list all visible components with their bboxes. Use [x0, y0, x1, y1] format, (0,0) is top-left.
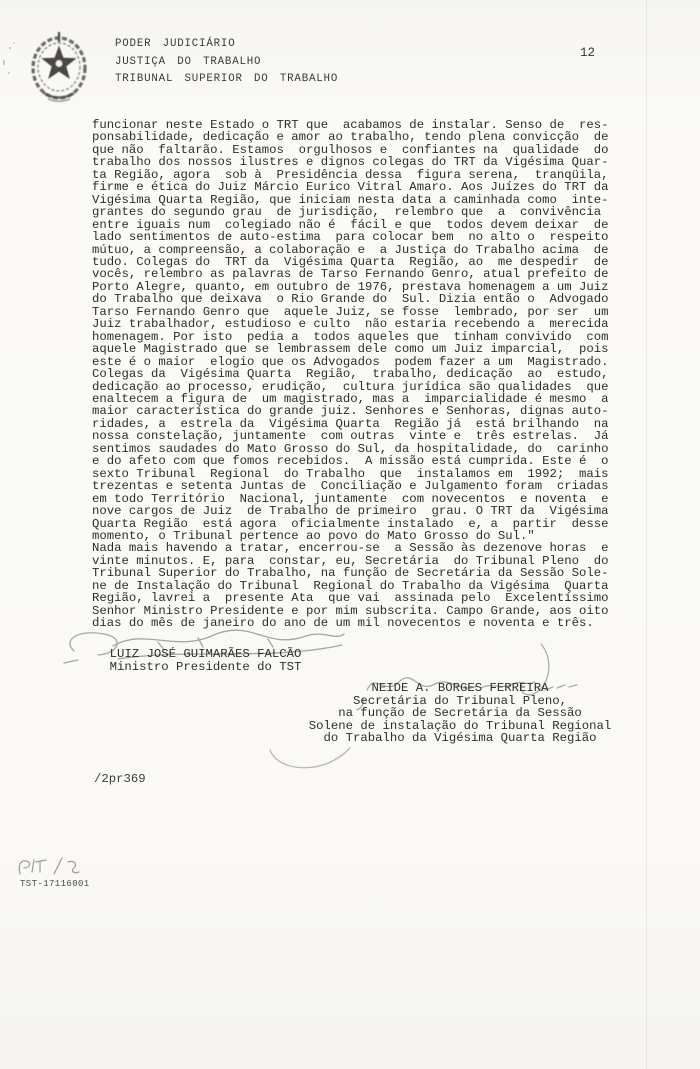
scanned-document-page: PODER JUDICIÁRIO JUSTIÇA DO TRABALHO TRI… — [0, 0, 700, 1069]
letterhead-line-justica-do-trabalho: JUSTIÇA DO TRABALHO — [115, 54, 338, 72]
reference-code: /2pr369 — [94, 772, 146, 786]
letterhead-line-poder-judiciario: PODER JUDICIÁRIO — [115, 36, 338, 54]
letterhead-line-tst: TRIBUNAL SUPERIOR DO TRABALHO — [115, 71, 338, 89]
coat-of-arms-logo — [26, 30, 92, 102]
secretary-name: NEIDE A. BORGES FERREIRA — [305, 682, 615, 695]
scan-fold-line — [646, 0, 647, 1069]
signature-flourish-arc — [266, 744, 354, 778]
scan-specks — [0, 40, 24, 90]
signature-block-secretary: NEIDE A. BORGES FERREIRA Secretária do T… — [305, 682, 615, 745]
stamp-code: TST-17116001 — [20, 879, 90, 889]
secretary-role-line-2: na função de Secretária da Sessão — [305, 707, 615, 720]
secretary-role-line-4: do Trabalho da Vigésima Quarta Região — [305, 732, 615, 745]
signature-block-president: LUIZ JOSÉ GUIMARÃES FALCÃO Ministro Pres… — [103, 648, 308, 674]
page-number: 12 — [580, 46, 595, 60]
ata-body-text: funcionar neste Estado o TRT que acabamo… — [92, 119, 609, 630]
letterhead: PODER JUDICIÁRIO JUSTIÇA DO TRABALHO TRI… — [115, 36, 338, 89]
president-title: Ministro Presidente do TST — [103, 661, 308, 674]
